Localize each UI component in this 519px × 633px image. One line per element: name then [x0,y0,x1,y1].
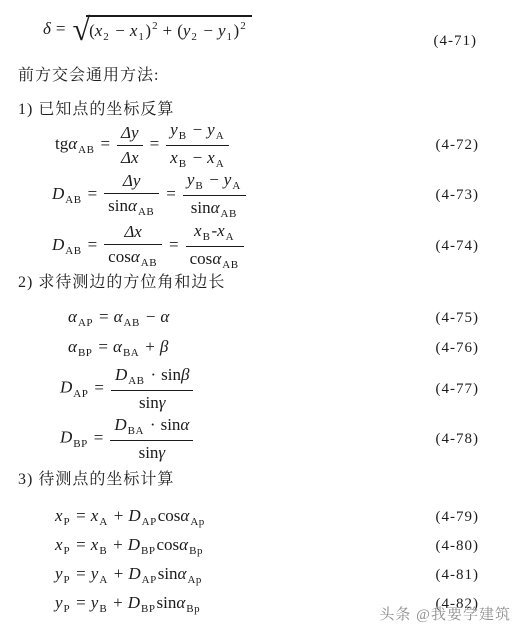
math-token: Bp [189,545,203,557]
math-token: β [181,365,189,384]
math-token: B [203,231,211,243]
math-token: 2 [103,31,109,43]
math-token: cos [158,506,181,525]
equation-number: (4-72) [436,137,480,154]
math-token: D [60,378,72,397]
math-token: − [110,21,130,40]
document-page: 前方交会通用方法: 1) 已知点的坐标反算 2) 求待测边的方位角和边长 3) … [0,0,519,633]
math-token: D [114,415,126,434]
numerator: Δy [117,123,143,146]
math-token: Bp [186,603,200,615]
math-token: AB [141,257,157,269]
formula: αBP=αBA+β [68,337,168,360]
formula: δ=√(x2−x1)2+(y2−y1)2 [43,14,252,44]
math-token: − [188,148,208,167]
math-token: P [64,545,71,557]
math-token: ) [234,21,240,40]
numerator: Δy [104,171,159,194]
math-token: α [160,307,169,326]
math-token: AB [128,375,144,387]
math-token: β [160,337,168,356]
fraction: yB−yAxB−xA [166,120,229,170]
math-token: y [55,564,63,583]
math-token: α [68,307,77,326]
math-token: − [198,21,218,40]
equation-number: (4-76) [436,340,480,357]
math-token: BP [141,603,155,615]
math-token: BP [141,545,155,557]
equation-row: αAP=αAB−α(4-75) [0,305,519,331]
formula: αAP=αAB−α [68,307,169,330]
math-token: A [226,231,234,243]
math-token: D [128,593,140,612]
formula: DAB=ΔxcosαAB=xB-xAcosαAB [52,221,246,271]
math-token: BA [128,425,144,437]
equation-number: (4-75) [436,310,480,327]
math-token: α [211,198,220,217]
numerator: yB−yA [183,170,246,196]
math-token: = [83,235,103,254]
equation-number: (4-77) [436,381,480,398]
math-token: sin [157,593,177,612]
math-token: α [179,535,188,554]
math-token: A [232,180,240,192]
formula: DBP=DBA·sinαsinγ [60,415,195,462]
math-token: sin [139,393,159,412]
math-token: y [218,21,226,40]
math-token: x [55,506,63,525]
equation-row: DAP=DAB·sinβsinγ(4-77) [0,364,519,414]
math-token: = [89,428,109,447]
fraction: ΔxcosαAB [104,222,162,269]
math-token: sin [161,415,181,434]
denominator: cosαAB [104,245,162,270]
math-token: B [99,603,107,615]
fraction: DAB·sinβsinγ [111,365,194,412]
fraction: ΔyΔx [117,123,143,167]
math-token: = [95,134,115,153]
math-token: + [108,535,128,554]
math-token: A [99,574,107,586]
equation-number: (4-71) [434,33,478,58]
denominator: sinγ [110,441,193,463]
math-token: α [180,415,189,434]
math-token: x [170,148,178,167]
math-token: y [91,564,99,583]
math-token: = [145,134,165,153]
math-token: x [207,148,215,167]
equation-number: (4-74) [436,238,480,255]
math-token: AB [222,259,238,271]
math-token: x [91,535,99,554]
math-token: y [183,21,191,40]
math-token: sin [191,198,211,217]
math-token: AB [138,206,154,218]
math-token: P [64,516,71,528]
math-token: AP [78,317,93,329]
math-token: x [217,221,225,240]
math-token: α [128,196,137,215]
math-token: AB [65,194,81,206]
math-token: D [52,235,64,254]
math-token: Δx [124,222,142,241]
math-token: y [170,120,178,139]
math-token: α [68,337,77,356]
denominator: Δx [117,146,143,168]
formula: DAP=DAB·sinβsinγ [60,365,195,412]
math-token: α [113,337,122,356]
equation-row: xP=xB+DBPcosαBp(4-80) [0,533,519,559]
section3-heading: 3) 待测点的坐标计算 [18,466,174,489]
math-token: D [128,535,140,554]
fraction: DBA·sinαsinγ [110,415,193,462]
math-token: = [71,593,91,612]
math-token: + [109,506,129,525]
math-token: sin [108,196,128,215]
radicand: (x2−x1)2+(y2−y1)2 [86,15,252,44]
math-token: A [99,516,107,528]
math-token: · [146,365,162,384]
math-token: x [55,535,63,554]
math-token: D [128,506,140,525]
math-token: y [207,120,215,139]
watermark: 头条 @我要学建筑 [379,603,511,624]
numerator: Δx [104,222,162,245]
math-token: A [216,130,224,142]
math-token: B [99,545,107,557]
math-token: x [194,221,202,240]
math-token: D [128,564,140,583]
math-token: A [216,158,224,170]
numerator: yB−yA [166,120,229,146]
math-token: AB [221,208,237,220]
math-token: ) [145,21,151,40]
math-token: δ [43,19,51,39]
math-token: + [108,593,128,612]
section1-heading: 1) 已知点的坐标反算 [18,96,174,119]
math-token: sin [161,365,181,384]
math-token: − [141,307,161,326]
math-token: 2 [191,31,197,43]
equation-number: (4-81) [436,567,480,584]
denominator: sinγ [111,391,194,413]
math-token: = [71,535,91,554]
equation-row: δ=√(x2−x1)2+(y2−y1)2(4-71) [0,0,519,58]
math-token: y [55,593,63,612]
math-token: = [51,19,71,39]
math-token: sin [158,564,178,583]
math-token: D [115,365,127,384]
math-token: Δx [121,148,139,167]
intro-heading: 前方交会通用方法: [18,62,159,85]
math-token: AB [78,144,94,156]
math-token: α [178,564,187,583]
math-token: = [164,235,184,254]
math-token: = [89,378,109,397]
numerator: xB-xA [186,221,244,247]
math-token: BA [123,347,139,359]
math-token: P [64,603,71,615]
math-token: B [179,158,187,170]
math-token: B [195,180,203,192]
math-token: = [161,184,181,203]
math-token: y [187,170,195,189]
math-token: = [83,184,103,203]
denominator: xB−xA [166,146,229,171]
math-token: α [131,247,140,266]
equation-row: αBP=αBA+β(4-76) [0,335,519,361]
fraction: yB−yAsinαAB [183,170,246,220]
math-token: x [130,21,138,40]
math-token: 2 [152,20,158,32]
equation-row: DBP=DBA·sinαsinγ(4-78) [0,414,519,464]
denominator: cosαAB [186,247,244,272]
numerator: DAB·sinβ [111,365,194,391]
math-token: AP [73,388,88,400]
math-token: B [179,130,187,142]
equation-row: yP=yA+DAPsinαAp(4-81) [0,562,519,588]
math-token: x [91,506,99,525]
equation-row: tgαAB=ΔyΔx=yB−yAxB−xA(4-72) [0,119,519,171]
math-token: α [180,506,189,525]
equation-row: xP=xA+DAPcosαAp(4-79) [0,504,519,530]
math-token: x [95,21,103,40]
math-token: y [224,170,232,189]
math-token: 1 [138,31,144,43]
math-token: α [114,307,123,326]
math-token: D [60,428,72,447]
math-token: AB [124,317,140,329]
math-token: = [93,337,113,356]
math-token: AP [142,516,157,528]
math-token: · [145,415,161,434]
math-token: α [176,593,185,612]
math-token: − [204,170,224,189]
section2-heading: 2) 求待测边的方位角和边长 [18,269,225,292]
denominator: sinαAB [183,196,246,221]
math-token: = [71,564,91,583]
math-token: γ [158,443,165,462]
math-token: = [94,307,114,326]
formula: yP=yA+DAPsinαAp [55,564,203,587]
math-token: D [52,184,64,203]
equation-number: (4-78) [436,431,480,448]
math-token: + [158,21,178,40]
equation-row: DAB=ΔysinαAB=yB−yAsinαAB(4-73) [0,169,519,221]
equation-number: (4-80) [436,538,480,555]
formula: tgαAB=ΔyΔx=yB−yAxB−xA [55,120,231,170]
math-token: 1 [227,31,233,43]
math-token: 2 [240,20,246,32]
math-token: Ap [187,574,201,586]
equation-row: DAB=ΔxcosαAB=xB-xAcosαAB(4-74) [0,220,519,272]
math-token: BP [78,347,92,359]
math-token: cos [157,535,180,554]
math-token: cos [108,247,131,266]
formula: xP=xA+DAPcosαAp [55,506,206,529]
math-token: + [109,564,129,583]
math-token: cos [190,249,213,268]
math-token: BP [73,438,87,450]
formula: DAB=ΔysinαAB=yB−yAsinαAB [52,170,248,220]
math-token: − [188,120,208,139]
formula: xP=xB+DBPcosαBp [55,535,204,558]
fraction: ΔysinαAB [104,171,159,218]
denominator: sinαAB [104,194,159,219]
math-token: AP [142,574,157,586]
fraction: xB-xAcosαAB [186,221,244,271]
equation-number: (4-79) [436,509,480,526]
math-token: γ [159,393,166,412]
math-token: y [91,593,99,612]
math-token: AB [65,245,81,257]
math-token: P [64,574,71,586]
math-token: tg [55,134,68,153]
math-token: α [68,134,77,153]
math-token: + [140,337,160,356]
formula: yP=yB+DBPsinαBp [55,593,201,616]
math-token: = [71,506,91,525]
math-token: Δy [121,123,139,142]
math-token: Δy [123,171,141,190]
numerator: DBA·sinα [110,415,193,441]
math-token: Ap [190,516,204,528]
math-token: sin [139,443,159,462]
math-token: α [212,249,221,268]
equation-number: (4-73) [436,187,480,204]
square-root: √(x2−x1)2+(y2−y1)2 [73,14,252,44]
